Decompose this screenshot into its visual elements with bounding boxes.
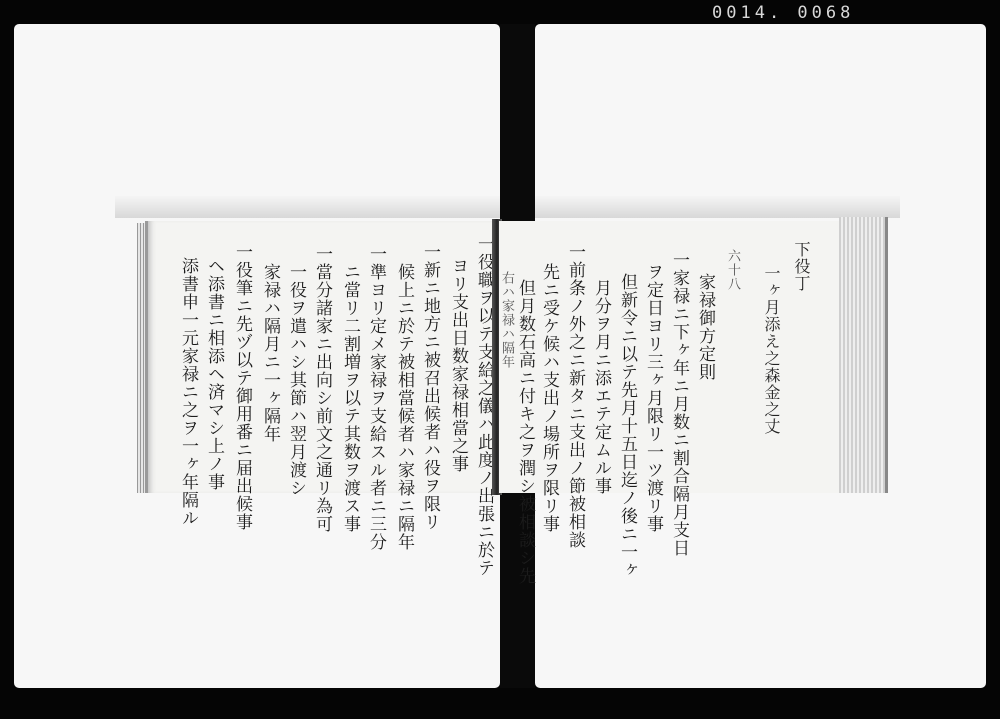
left-page-edges: [137, 223, 145, 493]
page-header: 下役丁: [793, 241, 809, 292]
text-column: 添書申一元家禄ニ之ヲ一ヶ年隔ル: [179, 257, 196, 527]
right-page: 下役丁 一ヶ月添え之森金之丈 六十八 家禄御方定則 一家禄ニ下ヶ年ニ月数ニ割合隔…: [499, 221, 839, 493]
right-page-edges: [839, 217, 888, 493]
page-header-subtitle: 一ヶ月添え之森金之丈: [763, 265, 779, 435]
text-column: ヘ添書ニ相添ヘ済マシ上ノ事: [205, 257, 222, 491]
text-column: 一當分諸家ニ出向シ前文之通リ為可: [313, 245, 330, 533]
text-column: 一役職ヲ以テ支給之儀ハ此度ノ出張ニ於テ: [475, 235, 492, 577]
text-column: 候上ニ於テ被相當候者ハ家禄ニ隔年: [395, 263, 412, 551]
section-number: 六十八: [726, 249, 739, 291]
text-column: 一役ヲ遣ハシ其節ハ翌月渡シ: [287, 263, 304, 497]
text-column: 先ニ受ケ候ハ支出ノ場所ヲ限リ事: [540, 263, 557, 533]
text-column: ヨリ支出日数家禄相當之事: [449, 257, 466, 473]
text-column: ニ當リ二割増ヲ以テ其数ヲ渡ス事: [341, 263, 358, 533]
text-column: 一新ニ地方ニ被召出候者ハ役ヲ限リ: [421, 243, 438, 531]
text-column: 但月数石高ニ付キ之ヲ潤シ被相談シ先: [516, 279, 533, 585]
text-column: 一前条ノ外之ニ新タニ支出ノ節被相談: [566, 243, 583, 549]
text-column: 但新令ニ以テ先月十五日迄ノ後ニ一ヶ: [618, 273, 635, 579]
text-column: 一家禄ニ下ヶ年ニ月数ニ割合隔月支日: [670, 251, 687, 557]
text-column: 右ハ家禄ハ隔年: [500, 271, 513, 369]
frame-counter: 0014. 0068: [712, 3, 854, 23]
text-column: ヲ定日ヨリ三ヶ月限リ一ツ渡リ事: [644, 263, 661, 533]
left-page: 一役職ヲ以テ支給之儀ハ此度ノ出張ニ於テ ヨリ支出日数家禄相當之事 一新ニ地方ニ被…: [145, 221, 498, 493]
text-column: 一役筆ニ先ヅ以テ御用番ニ届出候事: [233, 243, 250, 531]
text-column: 家禄ハ隔月ニ一ヶ隔年: [261, 263, 278, 443]
text-column: 月分ヲ月ニ添エテ定ムル事: [592, 279, 609, 495]
open-book: 一役職ヲ以テ支給之儀ハ此度ノ出張ニ於テ ヨリ支出日数家禄相當之事 一新ニ地方ニ被…: [137, 215, 889, 497]
text-column: 一準ヨリ定メ家禄ヲ支給スル者ニ三分: [367, 245, 384, 551]
text-column: 家禄御方定則: [696, 273, 713, 381]
